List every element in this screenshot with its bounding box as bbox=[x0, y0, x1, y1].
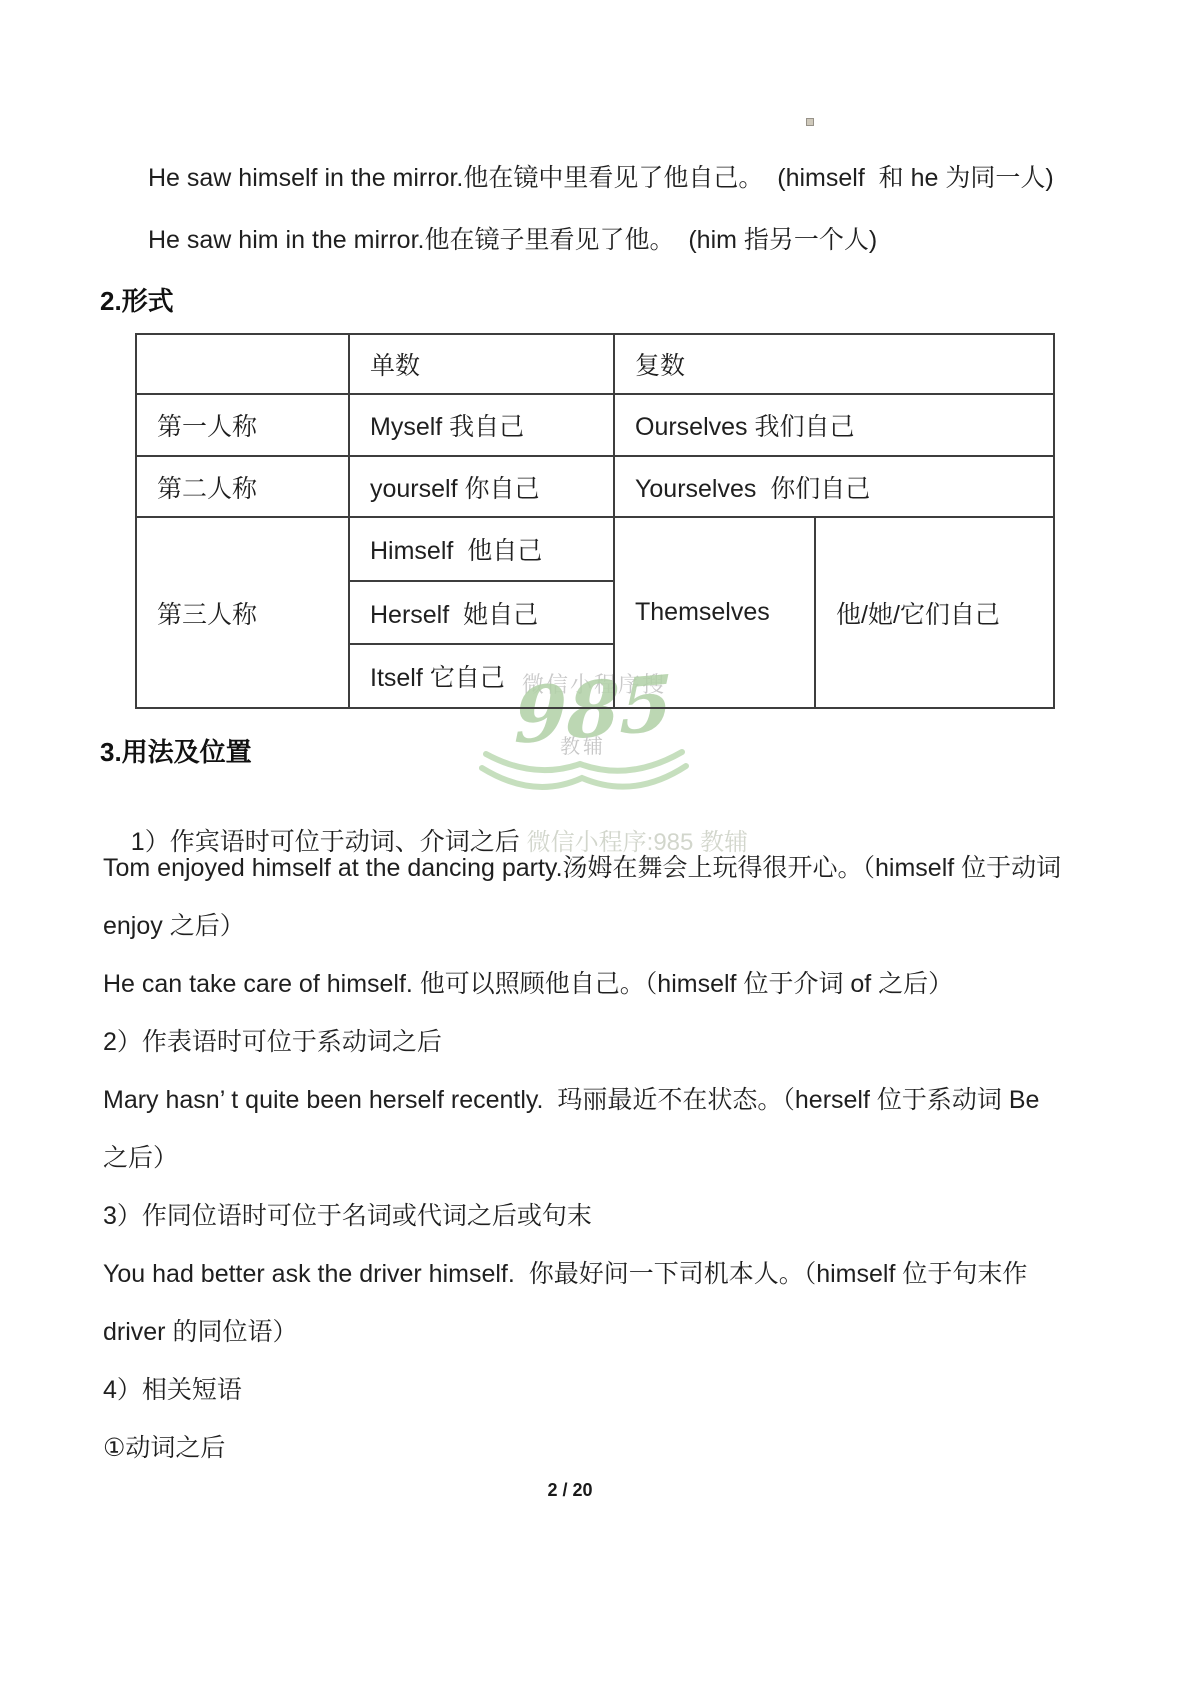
usage-point-4: 4）相关短语 bbox=[103, 1374, 242, 1406]
example-sentence: He saw himself in the mirror.他在镜中里看见了他自己… bbox=[148, 162, 1054, 194]
scan-artifact-dot bbox=[806, 118, 814, 126]
watermark-label-text: 教辅 bbox=[560, 730, 606, 759]
cell-myself: Myself 我自己 bbox=[350, 395, 615, 457]
example-line: Tom enjoyed himself at the dancing party… bbox=[103, 852, 1061, 884]
open-book-icon bbox=[478, 742, 690, 800]
example-sentence: He saw him in the mirror.他在镜子里看见了他。 (him… bbox=[148, 224, 877, 256]
usage-point-2: 2）作表语时可位于系动词之后 bbox=[103, 1026, 442, 1058]
example-line: He can take care of himself. 他可以照顾他自己。（h… bbox=[103, 968, 953, 1000]
pronoun-forms-table: 单数 复数 第一人称 Myself 我自己 Ourselves 我们自己 第二人… bbox=[135, 333, 1055, 709]
table-header-plural: 复数 bbox=[615, 335, 1053, 395]
example-line: enjoy 之后） bbox=[103, 910, 245, 942]
table-header-singular: 单数 bbox=[350, 335, 615, 395]
example-line: driver 的同位语） bbox=[103, 1316, 297, 1348]
cell-themselves-chinese: 他/她/它们自己 bbox=[816, 518, 1053, 707]
row-label-third-person: 第三人称 bbox=[137, 518, 350, 707]
page-number: 2 / 20 bbox=[0, 1480, 1140, 1501]
table-header-corner-cell bbox=[137, 335, 350, 395]
example-line: You had better ask the driver himself. 你… bbox=[103, 1258, 1027, 1290]
third-person-singular-column: Himself 他自己 Herself 她自己 Itself 它自己 bbox=[350, 518, 615, 707]
example-line: Mary hasn’ t quite been herself recently… bbox=[103, 1084, 1039, 1116]
section-heading-usage: 3.用法及位置 bbox=[100, 732, 252, 769]
example-line: 之后） bbox=[103, 1142, 178, 1174]
cell-themselves: Themselves bbox=[615, 518, 816, 707]
cell-herself: Herself 她自己 bbox=[350, 582, 613, 646]
row-label-first-person: 第一人称 bbox=[137, 395, 350, 457]
usage-point-3: 3）作同位语时可位于名词或代词之后或句末 bbox=[103, 1200, 592, 1232]
cell-yourselves: Yourselves 你们自己 bbox=[615, 457, 1053, 518]
row-label-second-person: 第二人称 bbox=[137, 457, 350, 518]
document-page: He saw himself in the mirror.他在镜中里看见了他自己… bbox=[0, 0, 1190, 1683]
sub-point-verb: ①动词之后 bbox=[103, 1432, 225, 1464]
cell-himself: Himself 他自己 bbox=[350, 518, 613, 582]
cell-ourselves: Ourselves 我们自己 bbox=[615, 395, 1053, 457]
cell-itself: Itself 它自己 bbox=[350, 645, 613, 707]
cell-yourself: yourself 你自己 bbox=[350, 457, 615, 518]
section-heading-form: 2.形式 bbox=[100, 281, 174, 318]
